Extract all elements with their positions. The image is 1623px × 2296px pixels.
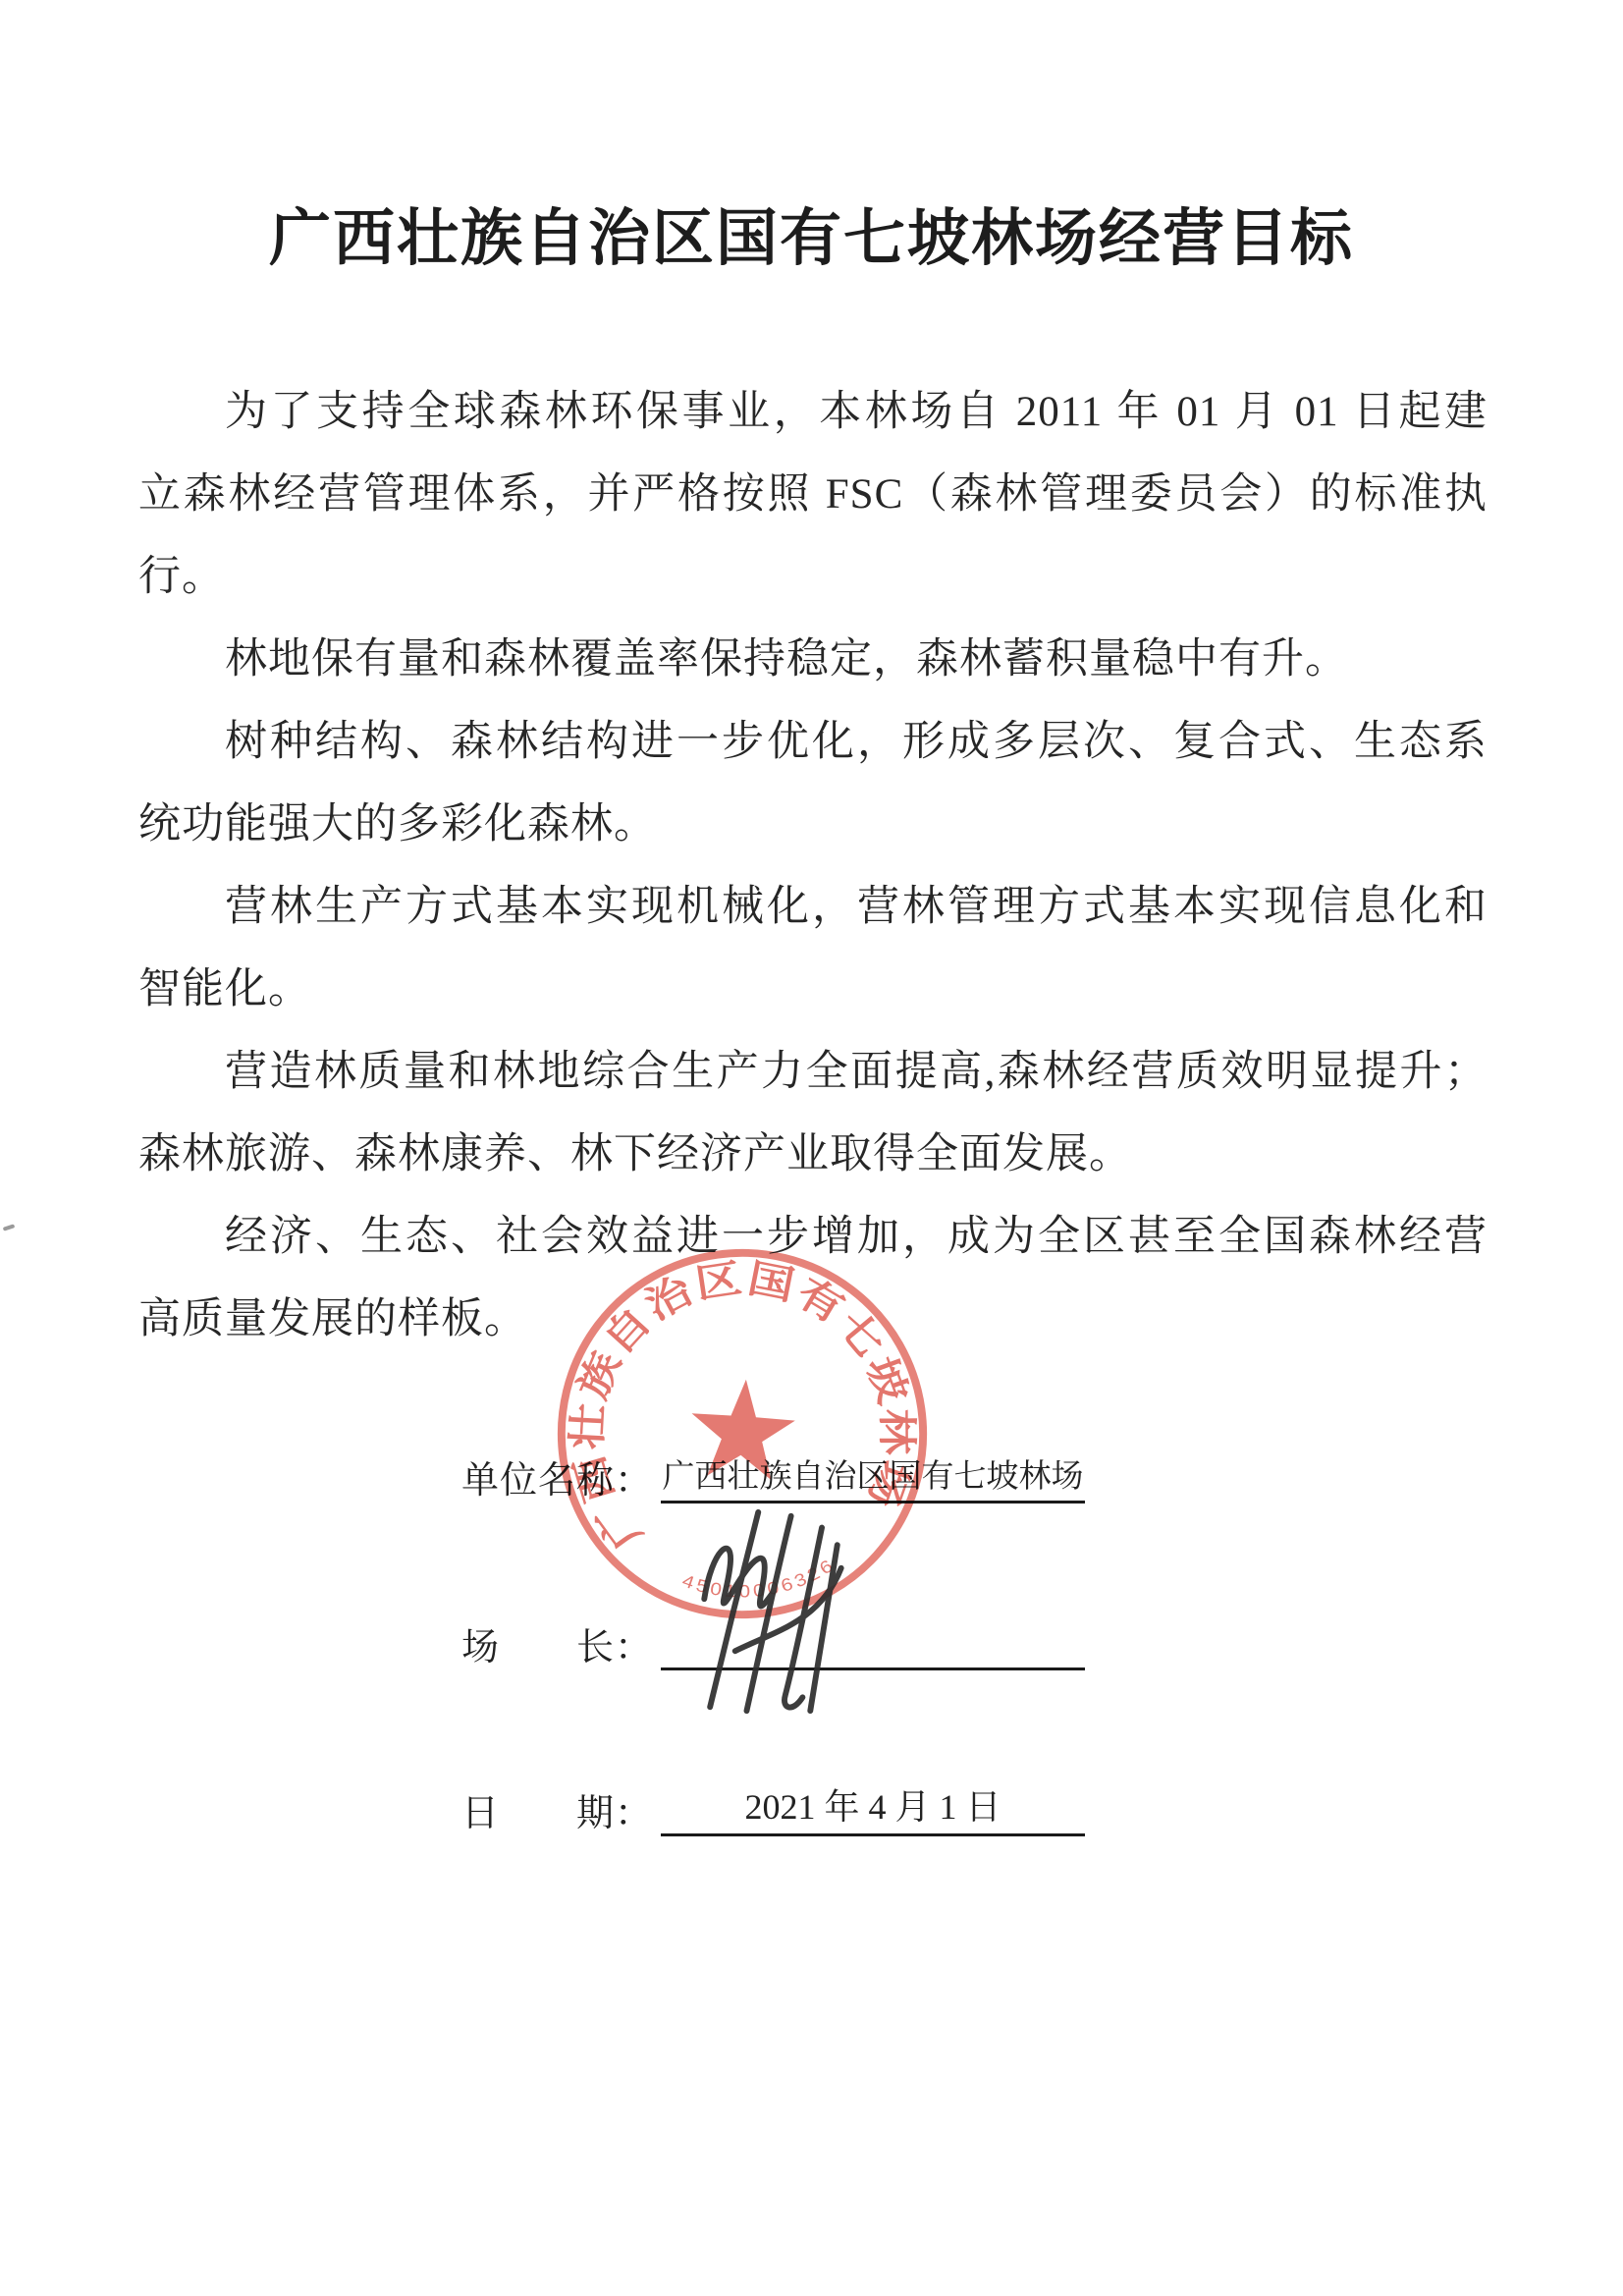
director-row: 场 长：	[461, 1616, 1085, 1670]
body-line: 营造林质量和林地综合生产力全面提高,森林经营质效明显提升；	[138, 1031, 1488, 1114]
body-line: 智能化。	[138, 949, 1488, 1031]
body-line: 林地保有量和森林覆盖率保持稳定，森林蓄积量稳中有升。	[138, 619, 1488, 701]
body-line: 立森林经营管理体系，并严格按照 FSC（森林管理委员会）的标准执	[138, 454, 1488, 536]
body-line: 高质量发展的样板。	[138, 1279, 1488, 1361]
body-text: 为了支持全球森林环保事业，本林场自 2011 年 01 月 01 日起建立森林经…	[138, 371, 1488, 1361]
body-line: 营林生产方式基本实现机械化，营林管理方式基本实现信息化和	[138, 866, 1488, 949]
date-label: 日 期：	[461, 1782, 653, 1836]
document-title: 广西壮族自治区国有七坡林场经营目标	[0, 189, 1623, 278]
director-label: 场 长：	[461, 1616, 653, 1670]
handwritten-signature	[666, 1504, 878, 1717]
date-value: 2021 年 4 月 1 日	[661, 1779, 1085, 1836]
seal-serial-number: 45010006326	[677, 1550, 841, 1612]
director-signature-line	[661, 1618, 1085, 1670]
unit-name-row: 单位名称：广西壮族自治区国有七坡林场	[461, 1449, 1085, 1503]
body-line: 树种结构、森林结构进一步优化，形成多层次、复合式、生态系	[138, 701, 1488, 784]
unit-name-value: 广西壮族自治区国有七坡林场	[661, 1450, 1085, 1503]
body-line: 经济、生态、社会效益进一步增加，成为全区甚至全国森林经营	[138, 1196, 1488, 1279]
body-line: 统功能强大的多彩化森林。	[138, 784, 1488, 866]
unit-name-label: 单位名称：	[461, 1449, 653, 1503]
body-line: 森林旅游、森林康养、林下经济产业取得全面发展。	[138, 1114, 1488, 1196]
document-page: 广西壮族自治区国有七坡林场经营目标 为了支持全球森林环保事业，本林场自 2011…	[0, 0, 1623, 2296]
date-row: 日 期：2021 年 4 月 1 日	[461, 1779, 1085, 1836]
body-line: 为了支持全球森林环保事业，本林场自 2011 年 01 月 01 日起建	[138, 371, 1488, 454]
body-line: 行。	[138, 536, 1488, 619]
scan-artifact-mark	[3, 1224, 16, 1231]
